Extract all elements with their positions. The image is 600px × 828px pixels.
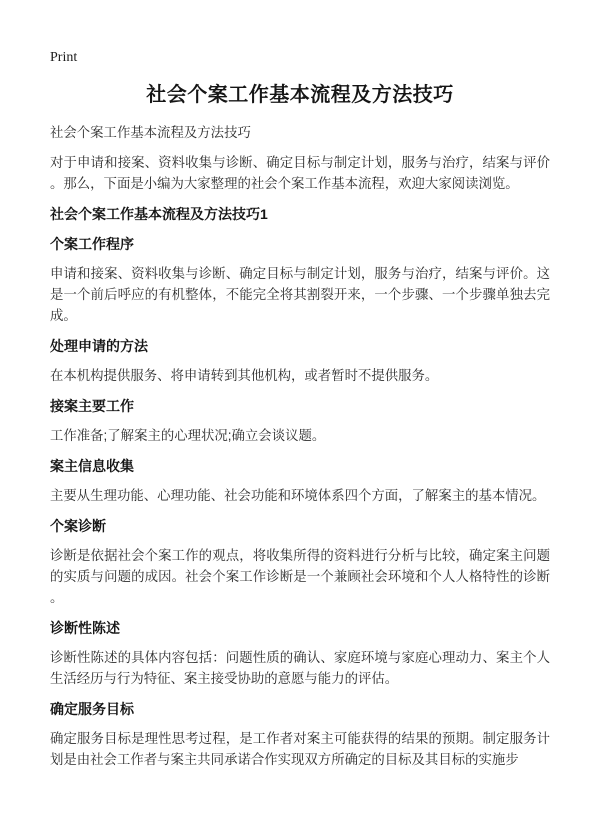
print-link[interactable]: Print <box>50 50 77 66</box>
section-heading-service-goals: 确定服务目标 <box>50 699 550 719</box>
section-heading-diagnostic-statement: 诊断性陈述 <box>50 618 550 638</box>
page-title: 社会个案工作基本流程及方法技巧 <box>50 82 550 108</box>
article-subtitle: 社会个案工作基本流程及方法技巧 <box>50 122 550 143</box>
section-paragraph-application-handling: 在本机构提供服务、将申请转到其他机构，或者暂时不提供服务。 <box>50 365 550 386</box>
section-heading-case-diagnosis: 个案诊断 <box>50 516 550 536</box>
section-paragraph-casework-procedure: 申请和接案、资料收集与诊断、确定目标与制定计划，服务与治疗，结案与评价。这是一个… <box>50 263 550 326</box>
section-paragraph-case-diagnosis: 诊断是依据社会个案工作的观点，将收集所得的资料进行分析与比较，确定案主问题的实质… <box>50 545 550 608</box>
intro-paragraph: 对于申请和接案、资料收集与诊断、确定目标与制定计划，服务与治疗，结案与评价。那么… <box>50 152 550 194</box>
section-paragraph-diagnostic-statement: 诊断性陈述的具体内容包括：问题性质的确认、家庭环境与家庭心理动力、案主个人生活经… <box>50 647 550 689</box>
section-heading-casework-procedure: 个案工作程序 <box>50 234 550 254</box>
section-heading-overview: 社会个案工作基本流程及方法技巧1 <box>50 204 550 224</box>
section-heading-application-handling: 处理申请的方法 <box>50 336 550 356</box>
section-paragraph-intake-work: 工作准备;了解案主的心理状况;确立会谈议题。 <box>50 425 550 446</box>
document-page: Print 社会个案工作基本流程及方法技巧 社会个案工作基本流程及方法技巧 对于… <box>0 0 600 828</box>
section-paragraph-client-info-collection: 主要从生理功能、心理功能、社会功能和环境体系四个方面，了解案主的基本情况。 <box>50 485 550 506</box>
section-paragraph-service-goals: 确定服务目标是理性思考过程，是工作者对案主可能获得的结果的预期。制定服务计划是由… <box>50 728 550 770</box>
section-heading-client-info-collection: 案主信息收集 <box>50 456 550 476</box>
section-heading-intake-work: 接案主要工作 <box>50 396 550 416</box>
